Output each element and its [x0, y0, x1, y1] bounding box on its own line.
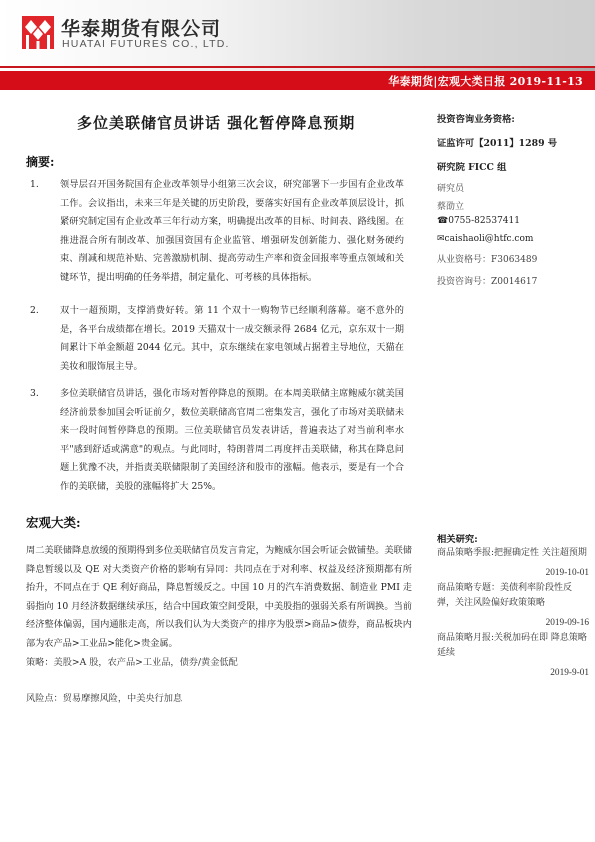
email-address[interactable]: caishaoli@htfc.com	[445, 234, 534, 244]
email-icon: ✉	[437, 234, 445, 244]
report-banner: 华泰期货|宏观大类日报 2019-11-13	[0, 71, 595, 90]
abstract-heading: 摘要:	[26, 153, 54, 170]
item-text: 领导层召开国务院国有企业改革领导小组第三次会议，研究部署下一步国有企业改革工作。…	[60, 176, 404, 287]
related-item-date: 2019-09-16	[437, 616, 589, 631]
report-title: 多位美联储官员讲话 强化暂停降息预期	[77, 112, 355, 133]
related-item-date: 2019-9-01	[437, 666, 589, 681]
qualification-label: 投资咨询业务资格:	[437, 111, 515, 125]
abstract-item: 2. 双十一超预期，支撑消费好转。第 11 个双十一购物节已经顺利落幕。毫不意外…	[30, 302, 404, 376]
macro-paragraph: 周二美联储降息放缓的预期得到多位美联储官员发言肯定，为鲍威尔国会听证会做铺垫。美…	[26, 542, 412, 653]
related-item-title[interactable]: 商品策略专题：美债利率阶段性反弹，关注风险偏好政策策略	[437, 581, 589, 611]
item-text: 多位美联储官员讲话，强化市场对暂停降息的预期。在本周美联储主席鲍威尔就美国经济前…	[60, 385, 404, 496]
related-item-title[interactable]: 商品策略月报:关税加码在即 降息策略延续	[437, 631, 589, 661]
item-number: 2.	[30, 302, 48, 321]
abstract-item: 3. 多位美联储官员讲话，强化市场对暂停降息的预期。在本周美联储主席鲍威尔就美国…	[30, 385, 404, 496]
page-header: 华泰期货有限公司 HUATAI FUTURES CO., LTD.	[0, 0, 595, 66]
macro-heading: 宏观大类:	[26, 513, 81, 531]
risk-line: 风险点：贸易摩擦风险，中美央行加息	[26, 690, 182, 704]
consult-certificate: 投资咨询号：Z0014617	[437, 274, 537, 287]
analyst-name: 蔡劭立	[437, 199, 464, 212]
company-name-en: HUATAI FUTURES CO., LTD.	[62, 38, 230, 50]
company-name-cn: 华泰期货有限公司	[61, 14, 221, 41]
department: 研究院 FICC 组	[437, 159, 506, 173]
analyst-role: 研究员	[437, 181, 464, 194]
practice-certificate: 从业资格号：F3063489	[437, 252, 537, 265]
abstract-item: 1. 领导层召开国务院国有企业改革领导小组第三次会议，研究部署下一步国有企业改革…	[30, 176, 404, 287]
related-item-date: 2019-10-01	[437, 566, 589, 581]
license-number: 证监许可【2011】1289 号	[437, 135, 557, 149]
related-research: 相关研究: 商品策略季报:把握确定性 关注超预期 2019-10-01 商品策略…	[437, 533, 589, 681]
related-heading: 相关研究:	[437, 533, 589, 546]
phone-icon: ☎	[437, 216, 448, 226]
email-row: ✉caishaoli@htfc.com	[437, 234, 533, 244]
huatai-logo-icon	[22, 16, 54, 49]
related-item-title[interactable]: 商品策略季报:把握确定性 关注超预期	[437, 546, 589, 561]
item-number: 1.	[30, 176, 48, 195]
phone-number: 0755-82537411	[448, 216, 520, 226]
report-banner-text: 华泰期货|宏观大类日报 2019-11-13	[388, 73, 583, 89]
item-text: 双十一超预期，支撑消费好转。第 11 个双十一购物节已经顺利落幕。毫不意外的是，…	[60, 302, 404, 376]
phone-row: ☎0755-82537411	[437, 216, 520, 226]
item-number: 3.	[30, 385, 48, 404]
strategy-line: 策略：美股>A 股，农产品>工业品，债券/黄金低配	[26, 654, 238, 668]
